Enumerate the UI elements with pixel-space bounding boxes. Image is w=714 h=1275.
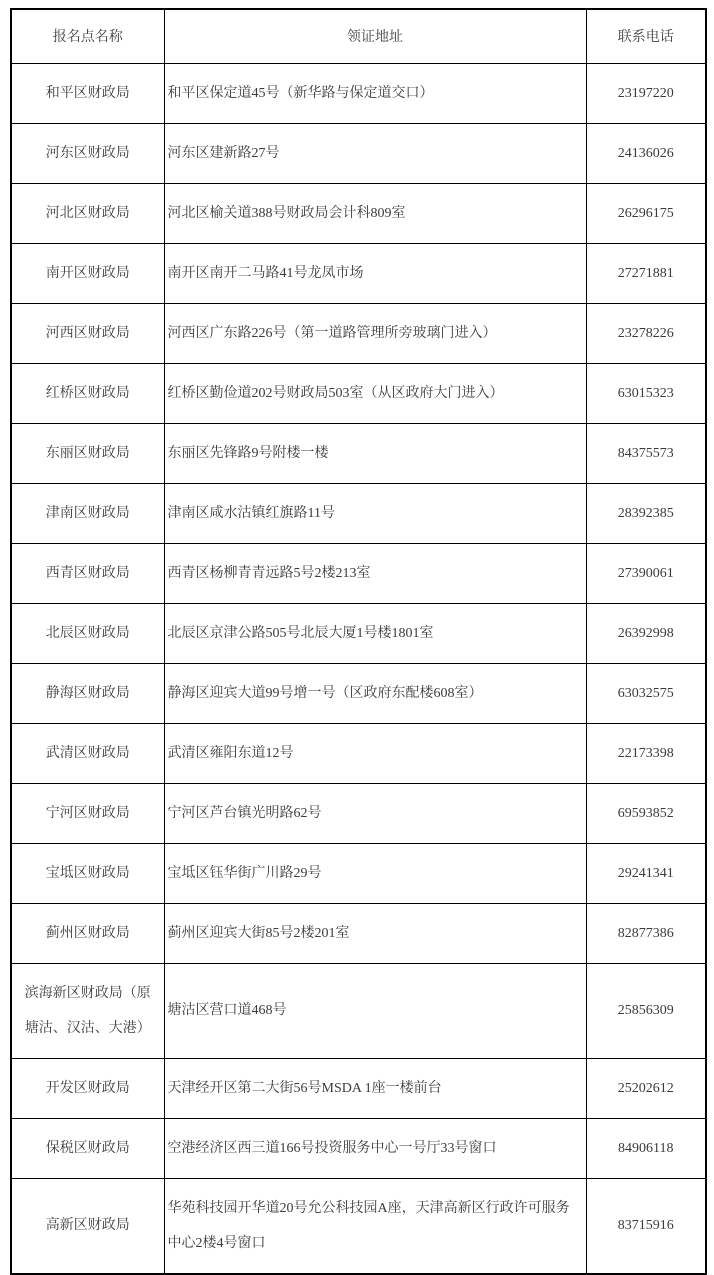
cell-certificate-address: 北辰区京津公路505号北辰大厦1号楼1801室 [164, 603, 586, 663]
cell-certificate-address: 东丽区先锋路9号附楼一楼 [164, 423, 586, 483]
cell-registration-point-name: 河西区财政局 [11, 303, 164, 363]
table-row: 开发区财政局 天津经开区第二大街56号MSDA 1座一楼前台 25202612 [11, 1058, 706, 1118]
table-row: 蓟州区财政局 蓟州区迎宾大街85号2楼201室 82877386 [11, 903, 706, 963]
cell-certificate-address: 蓟州区迎宾大街85号2楼201室 [164, 903, 586, 963]
cell-contact-phone: 82877386 [586, 903, 706, 963]
cell-registration-point-name: 静海区财政局 [11, 663, 164, 723]
cell-contact-phone: 23197220 [586, 63, 706, 123]
cell-certificate-address: 静海区迎宾大道99号增一号（区政府东配楼608室） [164, 663, 586, 723]
cell-certificate-address: 河北区榆关道388号财政局会计科809室 [164, 183, 586, 243]
cell-registration-point-name: 河北区财政局 [11, 183, 164, 243]
document-page: 报名点名称 领证地址 联系电话 和平区财政局 和平区保定道45号（新华路与保定道… [0, 0, 714, 1275]
table-row: 红桥区财政局 红桥区勤俭道202号财政局503室（从区政府大门进入） 63015… [11, 363, 706, 423]
cell-contact-phone: 22173398 [586, 723, 706, 783]
header-contact-phone: 联系电话 [586, 9, 706, 63]
cell-registration-point-name: 津南区财政局 [11, 483, 164, 543]
cell-certificate-address: 宝坻区钰华街广川路29号 [164, 843, 586, 903]
cell-registration-point-name: 东丽区财政局 [11, 423, 164, 483]
cell-registration-point-name: 武清区财政局 [11, 723, 164, 783]
cell-registration-point-name: 保税区财政局 [11, 1118, 164, 1178]
cell-registration-point-name: 开发区财政局 [11, 1058, 164, 1118]
cell-registration-point-name: 河东区财政局 [11, 123, 164, 183]
cell-certificate-address: 武清区雍阳东道12号 [164, 723, 586, 783]
table-row: 南开区财政局 南开区南开二马路41号龙凤市场 27271881 [11, 243, 706, 303]
cell-contact-phone: 25202612 [586, 1058, 706, 1118]
cell-registration-point-name: 宁河区财政局 [11, 783, 164, 843]
table-row: 西青区财政局 西青区杨柳青青远路5号2楼213室 27390061 [11, 543, 706, 603]
cell-contact-phone: 29241341 [586, 843, 706, 903]
table-row: 河东区财政局 河东区建新路27号 24136026 [11, 123, 706, 183]
table-header-row: 报名点名称 领证地址 联系电话 [11, 9, 706, 63]
cell-contact-phone: 23278226 [586, 303, 706, 363]
cell-certificate-address: 红桥区勤俭道202号财政局503室（从区政府大门进入） [164, 363, 586, 423]
table-body: 和平区财政局 和平区保定道45号（新华路与保定道交口） 23197220 河东区… [11, 63, 706, 1274]
cell-contact-phone: 27390061 [586, 543, 706, 603]
table-row: 北辰区财政局 北辰区京津公路505号北辰大厦1号楼1801室 26392998 [11, 603, 706, 663]
table-row: 东丽区财政局 东丽区先锋路9号附楼一楼 84375573 [11, 423, 706, 483]
cell-registration-point-name: 和平区财政局 [11, 63, 164, 123]
cell-registration-point-name: 西青区财政局 [11, 543, 164, 603]
cell-certificate-address: 天津经开区第二大街56号MSDA 1座一楼前台 [164, 1058, 586, 1118]
cell-contact-phone: 84375573 [586, 423, 706, 483]
cell-contact-phone: 28392385 [586, 483, 706, 543]
table-row: 津南区财政局 津南区咸水沽镇红旗路11号 28392385 [11, 483, 706, 543]
cell-certificate-address: 华苑科技园开华道20号允公科技园A座，天津高新区行政许可服务中心2楼4号窗口 [164, 1178, 586, 1274]
cell-contact-phone: 63032575 [586, 663, 706, 723]
cell-certificate-address: 空港经济区西三道166号投资服务中心一号厅33号窗口 [164, 1118, 586, 1178]
table-row: 滨海新区财政局（原塘沽、汉沽、大港） 塘沽区营口道468号 25856309 [11, 963, 706, 1058]
cell-certificate-address: 西青区杨柳青青远路5号2楼213室 [164, 543, 586, 603]
cell-contact-phone: 26392998 [586, 603, 706, 663]
cell-certificate-address: 宁河区芦台镇光明路62号 [164, 783, 586, 843]
table-row: 河北区财政局 河北区榆关道388号财政局会计科809室 26296175 [11, 183, 706, 243]
cell-contact-phone: 84906118 [586, 1118, 706, 1178]
cell-contact-phone: 83715916 [586, 1178, 706, 1274]
cell-certificate-address: 河西区广东路226号（第一道路管理所旁玻璃门进入） [164, 303, 586, 363]
cell-registration-point-name: 蓟州区财政局 [11, 903, 164, 963]
registration-points-table: 报名点名称 领证地址 联系电话 和平区财政局 和平区保定道45号（新华路与保定道… [10, 8, 707, 1275]
table-row: 宝坻区财政局 宝坻区钰华街广川路29号 29241341 [11, 843, 706, 903]
cell-certificate-address: 南开区南开二马路41号龙凤市场 [164, 243, 586, 303]
table-row: 保税区财政局 空港经济区西三道166号投资服务中心一号厅33号窗口 849061… [11, 1118, 706, 1178]
table-row: 宁河区财政局 宁河区芦台镇光明路62号 69593852 [11, 783, 706, 843]
cell-registration-point-name: 滨海新区财政局（原塘沽、汉沽、大港） [11, 963, 164, 1058]
cell-contact-phone: 27271881 [586, 243, 706, 303]
header-certificate-address: 领证地址 [164, 9, 586, 63]
cell-contact-phone: 24136026 [586, 123, 706, 183]
cell-certificate-address: 塘沽区营口道468号 [164, 963, 586, 1058]
cell-contact-phone: 25856309 [586, 963, 706, 1058]
header-registration-point-name: 报名点名称 [11, 9, 164, 63]
table-row: 和平区财政局 和平区保定道45号（新华路与保定道交口） 23197220 [11, 63, 706, 123]
table-row: 高新区财政局 华苑科技园开华道20号允公科技园A座，天津高新区行政许可服务中心2… [11, 1178, 706, 1274]
cell-contact-phone: 63015323 [586, 363, 706, 423]
cell-certificate-address: 河东区建新路27号 [164, 123, 586, 183]
cell-contact-phone: 69593852 [586, 783, 706, 843]
cell-registration-point-name: 南开区财政局 [11, 243, 164, 303]
cell-registration-point-name: 红桥区财政局 [11, 363, 164, 423]
cell-certificate-address: 津南区咸水沽镇红旗路11号 [164, 483, 586, 543]
table-row: 河西区财政局 河西区广东路226号（第一道路管理所旁玻璃门进入） 2327822… [11, 303, 706, 363]
cell-registration-point-name: 宝坻区财政局 [11, 843, 164, 903]
table-row: 静海区财政局 静海区迎宾大道99号增一号（区政府东配楼608室） 6303257… [11, 663, 706, 723]
cell-certificate-address: 和平区保定道45号（新华路与保定道交口） [164, 63, 586, 123]
cell-registration-point-name: 高新区财政局 [11, 1178, 164, 1274]
table-row: 武清区财政局 武清区雍阳东道12号 22173398 [11, 723, 706, 783]
cell-contact-phone: 26296175 [586, 183, 706, 243]
cell-registration-point-name: 北辰区财政局 [11, 603, 164, 663]
